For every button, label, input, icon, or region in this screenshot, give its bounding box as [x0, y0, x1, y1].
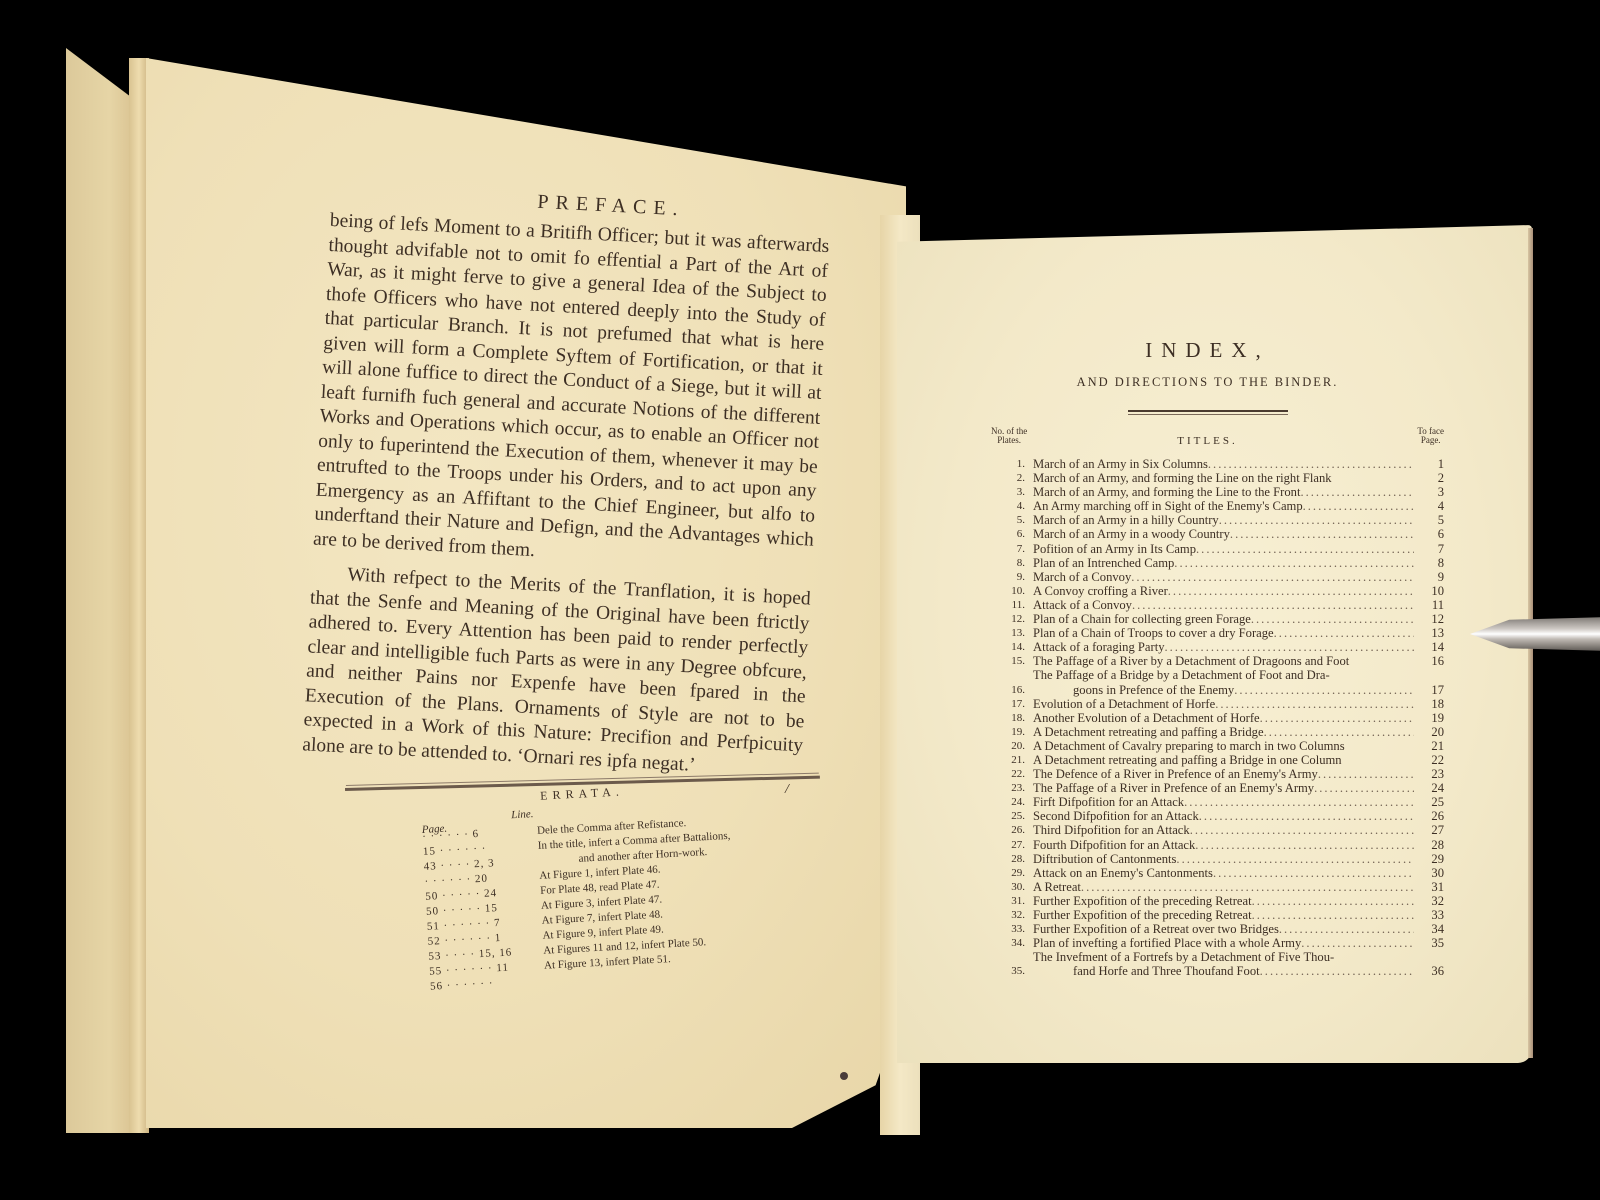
- plate-title-text: Further Expofition of a Retreat over two…: [1033, 922, 1279, 936]
- index-entry: 34.Plan of invefting a fortified Place w…: [985, 936, 1430, 950]
- preface-paragraph-1: being of lefs Moment to a Britifh Office…: [313, 209, 830, 578]
- dot-leader: [1174, 556, 1414, 570]
- index-entry: 7.Pofition of an Army in Its Camp7: [985, 542, 1430, 556]
- dot-leader: [1081, 880, 1414, 894]
- plate-title-text: March of an Army in Six Columns: [1033, 457, 1208, 471]
- plate-number: 11.: [985, 598, 1033, 612]
- plate-title: March of a Convoy: [1033, 570, 1414, 584]
- plate-title: A Detachment retreating and paffing a Br…: [1033, 753, 1414, 767]
- plate-title-text: The Defence of a River in Prefence of an…: [1033, 767, 1318, 781]
- plate-title: March of an Army, and forming the Line t…: [1033, 485, 1414, 499]
- plate-number: 31.: [985, 894, 1033, 908]
- face-page-number: 17: [1414, 683, 1444, 697]
- index-entry: 27.Fourth Difpofition for an Attack28: [985, 838, 1430, 852]
- face-page-number: 5: [1414, 513, 1444, 527]
- index-entry: 33.Further Expofition of a Retreat over …: [985, 922, 1430, 936]
- index-entry: 2.March of an Army, and forming the Line…: [985, 471, 1430, 485]
- index-column-headers: No. of the Plates. TITLES. To face Page.: [985, 427, 1430, 457]
- plate-title: Attack of a foraging Party: [1033, 640, 1414, 654]
- preface-text: PREFACE. being of lefs Moment to a Briti…: [302, 180, 832, 783]
- index-entry: 35.The Invefment of a Fortrefs by a Deta…: [985, 950, 1430, 978]
- plate-title: March of an Army in a hilly Country: [1033, 513, 1414, 527]
- dot-leader: [1213, 866, 1414, 880]
- face-page-number: 9: [1414, 570, 1444, 584]
- plate-number: 12.: [985, 612, 1033, 626]
- index-entry: 18.Another Evolution of a Detachment of …: [985, 711, 1430, 725]
- face-page-number: 32: [1414, 894, 1444, 908]
- plate-title-text: A Retreat: [1033, 880, 1081, 894]
- plate-title-line2: goons in Prefence of the Enemy: [1033, 683, 1414, 697]
- index-heading: INDEX,: [985, 338, 1430, 363]
- index-entry: 13.Plan of a Chain of Troops to cover a …: [985, 626, 1430, 640]
- dot-leader: [1318, 767, 1414, 781]
- face-page-number: 1: [1414, 457, 1444, 471]
- plate-title: A Retreat: [1033, 880, 1414, 894]
- plate-title: March of an Army, and forming the Line o…: [1033, 471, 1414, 485]
- plate-title: Evolution of a Detachment of Horfe: [1033, 697, 1414, 711]
- plate-title: March of an Army in Six Columns: [1033, 457, 1414, 471]
- plate-title: Diftribution of Cantonments: [1033, 852, 1414, 866]
- plate-number: 35.: [985, 964, 1033, 978]
- plate-number: 20.: [985, 739, 1033, 753]
- face-page-number: 26: [1414, 809, 1444, 823]
- plate-title: The Paffage of a Bridge by a Detachment …: [1033, 668, 1414, 696]
- face-page-number: 2: [1414, 471, 1444, 485]
- index-section: INDEX, AND DIRECTIONS TO THE BINDER. No.…: [985, 338, 1430, 978]
- face-page-number: 12: [1414, 612, 1444, 626]
- col-header-face-page: To face Page.: [1417, 427, 1444, 445]
- plate-number: 22.: [985, 767, 1033, 781]
- plate-number: 15.: [985, 654, 1033, 668]
- plate-number: 2.: [985, 471, 1033, 485]
- index-entry: 19.A Detachment retreating and paffing a…: [985, 725, 1430, 739]
- dot-leader: [1132, 598, 1414, 612]
- face-page-number: 36: [1414, 964, 1444, 978]
- face-page-number: 7: [1414, 542, 1444, 556]
- plate-title-line2: fand Horfe and Three Thoufand Foot: [1033, 964, 1414, 978]
- plate-number: 7.: [985, 542, 1033, 556]
- dot-leader: [1195, 838, 1414, 852]
- plate-title: Plan of invefting a fortified Place with…: [1033, 936, 1414, 950]
- plate-title-text: Diftribution of Cantonments: [1033, 852, 1176, 866]
- index-entry: 24.Firft Difpofition for an Attack25: [985, 795, 1430, 809]
- index-entry: 8.Plan of an Intrenched Camp8: [985, 556, 1430, 570]
- plate-title: Plan of a Chain of Troops to cover a dry…: [1033, 626, 1414, 640]
- index-entry: 22.The Defence of a River in Prefence of…: [985, 767, 1430, 781]
- face-page-number: 18: [1414, 697, 1444, 711]
- dot-leader: [1279, 922, 1414, 936]
- plate-number: 8.: [985, 556, 1033, 570]
- dot-leader: [1131, 570, 1414, 584]
- plate-title: The Paffage of a River in Prefence of an…: [1033, 781, 1414, 795]
- index-entry: 4.An Army marching off in Sight of the E…: [985, 499, 1430, 513]
- plate-title-text: March of an Army, and forming the Line t…: [1033, 485, 1300, 499]
- plate-title-text: A Detachment retreating and paffing a Br…: [1033, 725, 1264, 739]
- plate-title: A Detachment of Cavalry preparing to mar…: [1033, 739, 1414, 753]
- face-page-number: 13: [1414, 626, 1444, 640]
- plate-title-text: Plan of a Chain for collecting green For…: [1033, 612, 1251, 626]
- face-page-number: 34: [1414, 922, 1444, 936]
- plate-title-text: Third Difpofition for an Attack: [1033, 823, 1190, 837]
- plate-title-text: Pofition of an Army in Its Camp: [1033, 542, 1196, 556]
- plate-title-text: The Paffage of a River by a Detachment o…: [1033, 654, 1349, 668]
- index-entry: 9.March of a Convoy9: [985, 570, 1430, 584]
- plate-number: 25.: [985, 809, 1033, 823]
- plate-title-line1: The Paffage of a Bridge by a Detachment …: [1033, 668, 1414, 682]
- plate-title-text: Plan of a Chain of Troops to cover a dry…: [1033, 626, 1274, 640]
- ink-spot: [840, 1072, 848, 1080]
- plate-title-text: Further Expofition of the preceding Retr…: [1033, 894, 1252, 908]
- face-page-number: 29: [1414, 852, 1444, 866]
- plate-number: 26.: [985, 823, 1033, 837]
- plate-title: Plan of an Intrenched Camp: [1033, 556, 1414, 570]
- index-list: 1.March of an Army in Six Columns12.Marc…: [985, 457, 1430, 978]
- plate-title-text: March of a Convoy: [1033, 570, 1131, 584]
- plate-title-text: Firft Difpofition for an Attack: [1033, 795, 1184, 809]
- plate-number: 30.: [985, 880, 1033, 894]
- dot-leader: [1301, 936, 1414, 950]
- plate-title-text: Evolution of a Detachment of Horfe: [1033, 697, 1215, 711]
- plate-title: Attack of a Convoy: [1033, 598, 1414, 612]
- plate-title-text: Second Difpofition for an Attack: [1033, 809, 1199, 823]
- face-page-number: 19: [1414, 711, 1444, 725]
- index-entry: 26.Third Difpofition for an Attack27: [985, 823, 1430, 837]
- plate-title: Further Expofition of the preceding Retr…: [1033, 908, 1414, 922]
- plate-title: Further Expofition of a Retreat over two…: [1033, 922, 1414, 936]
- face-page-number: 3: [1414, 485, 1444, 499]
- dot-leader: [1199, 809, 1414, 823]
- plate-title: A Convoy croffing a River: [1033, 584, 1414, 598]
- plate-number: 5.: [985, 513, 1033, 527]
- index-entry: 25.Second Difpofition for an Attack26: [985, 809, 1430, 823]
- dot-leader: [1251, 612, 1414, 626]
- preface-paragraph-2: With refpect to the Merits of the Tranfl…: [302, 561, 812, 783]
- index-entry: 12.Plan of a Chain for collecting green …: [985, 612, 1430, 626]
- face-page-number: 30: [1414, 866, 1444, 880]
- plate-number: 32.: [985, 908, 1033, 922]
- face-page-number: 28: [1414, 838, 1444, 852]
- plate-number: 16.: [985, 683, 1033, 697]
- dot-leader: [1196, 542, 1414, 556]
- index-entry: 31.Further Expofition of the preceding R…: [985, 894, 1430, 908]
- face-page-number: 16: [1414, 654, 1444, 668]
- errata-col-page: Page.: [422, 823, 448, 836]
- plate-title: The Invefment of a Fortrefs by a Detachm…: [1033, 950, 1414, 978]
- face-page-number: 22: [1414, 753, 1444, 767]
- plate-title-line2-text: fand Horfe and Three Thoufand Foot: [1073, 964, 1260, 978]
- index-entry: 16.The Paffage of a Bridge by a Detachme…: [985, 668, 1430, 696]
- plate-number: 29.: [985, 866, 1033, 880]
- dot-leader: [1184, 795, 1414, 809]
- index-entry: 11.Attack of a Convoy11: [985, 598, 1430, 612]
- errata-col-line: Line.: [511, 808, 534, 821]
- dot-leader: [1303, 499, 1414, 513]
- plate-title-text: March of an Army, and forming the Line o…: [1033, 471, 1332, 485]
- face-page-number: 27: [1414, 823, 1444, 837]
- plate-title-text: A Detachment retreating and paffing a Br…: [1033, 753, 1342, 767]
- dot-leader: [1219, 513, 1414, 527]
- dot-leader: [1264, 725, 1414, 739]
- index-entry: 3.March of an Army, and forming the Line…: [985, 485, 1430, 499]
- plate-title-text: A Convoy croffing a River: [1033, 584, 1168, 598]
- plate-title: Further Expofition of the preceding Retr…: [1033, 894, 1414, 908]
- dot-leader: [1234, 683, 1414, 697]
- plate-title-text: Plan of an Intrenched Camp: [1033, 556, 1174, 570]
- plate-title: Another Evolution of a Detachment of Hor…: [1033, 711, 1414, 725]
- dot-leader: [1230, 527, 1414, 541]
- index-entry: 29.Attack on an Enemy's Cantonments30: [985, 866, 1430, 880]
- plate-number: 6.: [985, 527, 1033, 541]
- plate-number: 1.: [985, 457, 1033, 471]
- dot-leader: [1252, 894, 1414, 908]
- plate-title-text: Attack of a foraging Party: [1033, 640, 1165, 654]
- index-entry: 5.March of an Army in a hilly Country5: [985, 513, 1430, 527]
- plate-title: Third Difpofition for an Attack: [1033, 823, 1414, 837]
- face-page-number: 8: [1414, 556, 1444, 570]
- dot-leader: [1165, 640, 1415, 654]
- face-page-number: 31: [1414, 880, 1444, 894]
- plate-number: 14.: [985, 640, 1033, 654]
- plate-number: 34.: [985, 936, 1033, 950]
- plate-number: 21.: [985, 753, 1033, 767]
- face-page-number: 20: [1414, 725, 1444, 739]
- plate-title-text: Attack of a Convoy: [1033, 598, 1132, 612]
- plate-title: Attack on an Enemy's Cantonments: [1033, 866, 1414, 880]
- face-page-number: 23: [1414, 767, 1444, 781]
- plate-title: Fourth Difpofition for an Attack: [1033, 838, 1414, 852]
- index-entry: 15.The Paffage of a River by a Detachmen…: [985, 654, 1430, 668]
- plate-number: 33.: [985, 922, 1033, 936]
- index-entry: 1.March of an Army in Six Columns1: [985, 457, 1430, 471]
- plate-title: An Army marching off in Sight of the Ene…: [1033, 499, 1414, 513]
- index-entry: 32.Further Expofition of the preceding R…: [985, 908, 1430, 922]
- index-entry: 30.A Retreat31: [985, 880, 1430, 894]
- index-subheading: AND DIRECTIONS TO THE BINDER.: [985, 375, 1430, 390]
- face-page-number: 10: [1414, 584, 1444, 598]
- dot-leader: [1260, 711, 1414, 725]
- index-double-rule: [1128, 410, 1288, 415]
- plate-title-text: The Paffage of a River in Prefence of an…: [1033, 781, 1314, 795]
- face-page-number: 35: [1414, 936, 1444, 950]
- plate-title: Plan of a Chain for collecting green For…: [1033, 612, 1414, 626]
- index-entry: 6.March of an Army in a woody Country6: [985, 527, 1430, 541]
- errata-rows: · · · · · · 6Dele the Comma after Refist…: [422, 810, 810, 995]
- plate-number: 13.: [985, 626, 1033, 640]
- dot-leader: [1176, 852, 1414, 866]
- col-header-face-line2: Page.: [1417, 436, 1444, 445]
- index-entry: 20.A Detachment of Cavalry preparing to …: [985, 739, 1430, 753]
- plate-number: 28.: [985, 852, 1033, 866]
- plate-title: Second Difpofition for an Attack: [1033, 809, 1414, 823]
- plate-number: 24.: [985, 795, 1033, 809]
- face-page-number: 11: [1414, 598, 1444, 612]
- dot-leader: [1314, 781, 1414, 795]
- plate-number: 19.: [985, 725, 1033, 739]
- face-page-number: 21: [1414, 739, 1444, 753]
- plate-number: 17.: [985, 697, 1033, 711]
- plate-title: Firft Difpofition for an Attack: [1033, 795, 1414, 809]
- face-page-number: 14: [1414, 640, 1444, 654]
- col-header-titles: TITLES.: [985, 435, 1430, 447]
- plate-title-text: Attack on an Enemy's Cantonments: [1033, 866, 1213, 880]
- plate-title: The Defence of a River in Prefence of an…: [1033, 767, 1414, 781]
- face-page-number: 4: [1414, 499, 1444, 513]
- book-cover-edge: [66, 48, 138, 1133]
- dot-leader: [1252, 908, 1414, 922]
- dot-leader: [1168, 584, 1414, 598]
- plate-number: 10.: [985, 584, 1033, 598]
- dot-leader: [1215, 697, 1414, 711]
- plate-title: A Detachment retreating and paffing a Br…: [1033, 725, 1414, 739]
- dot-leader: [1190, 823, 1414, 837]
- index-entry: 21.A Detachment retreating and paffing a…: [985, 753, 1430, 767]
- index-entry: 14.Attack of a foraging Party14: [985, 640, 1430, 654]
- plate-number: 9.: [985, 570, 1033, 584]
- plate-title: March of an Army in a woody Country: [1033, 527, 1414, 541]
- dot-leader: [1274, 626, 1414, 640]
- plate-number: 3.: [985, 485, 1033, 499]
- dot-leader: [1260, 964, 1414, 978]
- plate-title-text: A Detachment of Cavalry preparing to mar…: [1033, 739, 1345, 753]
- index-entry: 28.Diftribution of Cantonments29: [985, 852, 1430, 866]
- face-page-number: 25: [1414, 795, 1444, 809]
- plate-title-text: Another Evolution of a Detachment of Hor…: [1033, 711, 1260, 725]
- plate-number: 23.: [985, 781, 1033, 795]
- face-page-number: 6: [1414, 527, 1444, 541]
- dot-leader: [1300, 485, 1414, 499]
- plate-title-text: Fourth Difpofition for an Attack: [1033, 838, 1195, 852]
- plate-title: Pofition of an Army in Its Camp: [1033, 542, 1414, 556]
- plate-title-text: March of an Army in a woody Country: [1033, 527, 1230, 541]
- plate-title: The Paffage of a River by a Detachment o…: [1033, 654, 1414, 668]
- plate-number: 18.: [985, 711, 1033, 725]
- plate-number: 27.: [985, 838, 1033, 852]
- plate-title-line2-text: goons in Prefence of the Enemy: [1073, 683, 1234, 697]
- face-page-number: 24: [1414, 781, 1444, 795]
- face-page-number: 33: [1414, 908, 1444, 922]
- plate-title-text: Further Expofition of the preceding Retr…: [1033, 908, 1252, 922]
- plate-title-text: March of an Army in a hilly Country: [1033, 513, 1219, 527]
- plate-title-text: An Army marching off in Sight of the Ene…: [1033, 499, 1303, 513]
- errata-section: ERRATA. Page. Line. · · · · · · 6Dele th…: [420, 775, 810, 995]
- plate-number: 4.: [985, 499, 1033, 513]
- plate-title-text: Plan of invefting a fortified Place with…: [1033, 936, 1301, 950]
- index-entry: 17.Evolution of a Detachment of Horfe18: [985, 697, 1430, 711]
- dot-leader: [1208, 457, 1414, 471]
- index-entry: 10.A Convoy croffing a River10: [985, 584, 1430, 598]
- plate-title-line1: The Invefment of a Fortrefs by a Detachm…: [1033, 950, 1414, 964]
- index-entry: 23.The Paffage of a River in Prefence of…: [985, 781, 1430, 795]
